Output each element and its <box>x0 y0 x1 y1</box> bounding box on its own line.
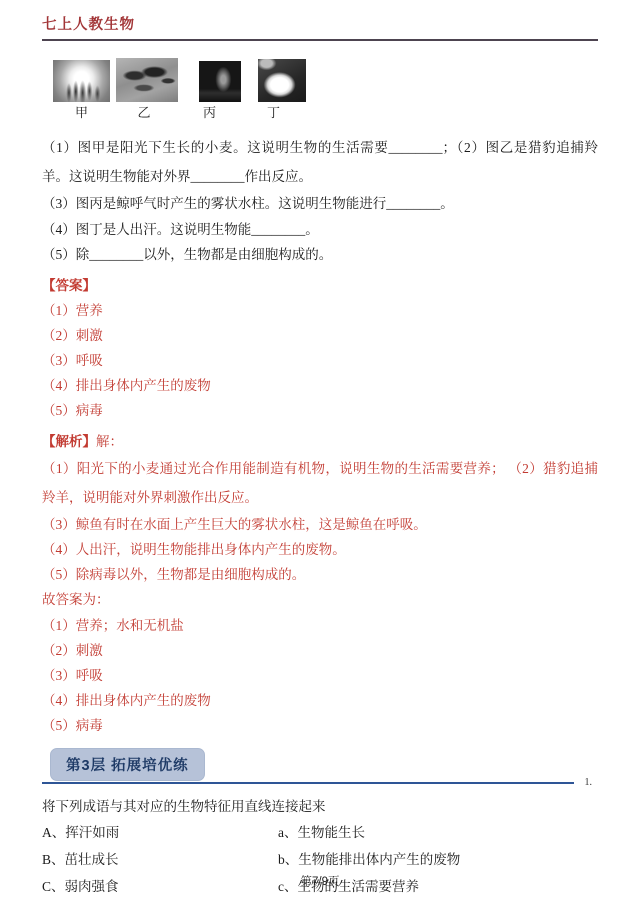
answer-item-2: （2）刺激 <box>42 323 598 348</box>
question-line-2: （3）图丙是鲸呼气时产生的雾状水柱。这说明生物能进行________。 <box>42 191 598 217</box>
section-question-number: 1. <box>585 777 593 788</box>
header-title: 七上人教生物 <box>42 17 135 33</box>
figure-ding: 丁 <box>241 59 306 121</box>
figure-jia: 甲 <box>53 60 110 121</box>
matching-right-b: b、生物能排出体内产生的废物 <box>278 846 598 873</box>
section-banner: 第3层 拓展培优练 1. <box>42 748 598 784</box>
analysis-item-1: （1）阳光下的小麦通过光合作用能制造有机物，说明生物的生活需要营养； （2）猎豹… <box>42 454 598 512</box>
analysis-conclusion-label: 故答案为： <box>42 587 598 612</box>
question-line-1: （1）图甲是阳光下生长的小麦。这说明生物的生活需要________；（2）图乙是… <box>42 133 598 191</box>
conclusion-item-3: （3）呼吸 <box>42 663 598 688</box>
human-sweating-image <box>258 59 306 102</box>
figure-bing-label: 丙 <box>203 105 216 121</box>
figure-jia-label: 甲 <box>75 105 88 121</box>
analysis-heading-label: 【解析】 <box>42 434 96 449</box>
answer-item-4: （4）排出身体内产生的废物 <box>42 373 598 398</box>
figure-bing: 丙 <box>178 61 241 121</box>
matching-prompt: 将下列成语与其对应的生物特征用直线连接起来 <box>42 795 598 819</box>
analysis-block: 【解析】解： （1）阳光下的小麦通过光合作用能制造有机物，说明生物的生活需要营养… <box>42 429 598 739</box>
analysis-heading: 【解析】解： <box>42 429 598 454</box>
answer-item-1: （1）营养 <box>42 298 598 323</box>
matching-row-1: A、挥汗如雨 a、生物能生长 <box>42 819 598 846</box>
analysis-item-2: （3）鲸鱼有时在水面上产生巨大的雾状水柱，这是鲸鱼在呼吸。 <box>42 512 598 537</box>
conclusion-item-2: （2）刺激 <box>42 638 598 663</box>
conclusion-item-5: （5）病毒 <box>42 713 598 738</box>
question-block: （1）图甲是阳光下生长的小麦。这说明生物的生活需要________；（2）图乙是… <box>42 133 598 268</box>
cheetah-chase-image <box>116 58 178 102</box>
analysis-heading-intro: 解： <box>96 434 123 449</box>
analysis-item-4: （5）除病毒以外，生物都是由细胞构成的。 <box>42 562 598 587</box>
answer-heading: 【答案】 <box>42 273 598 298</box>
answer-block: 【答案】 （1）营养 （2）刺激 （3）呼吸 （4）排出身体内产生的废物 （5）… <box>42 273 598 424</box>
figure-row: 甲 乙 丙 丁 <box>53 58 598 121</box>
matching-left-A: A、挥汗如雨 <box>42 819 278 846</box>
analysis-item-3: （4）人出汗，说明生物能排出身体内产生的废物。 <box>42 537 598 562</box>
section-badge: 第3层 拓展培优练 <box>50 748 205 781</box>
section-divider-line <box>42 782 574 784</box>
answer-item-3: （3）呼吸 <box>42 348 598 373</box>
wheat-sunlight-image <box>53 60 110 102</box>
question-line-4: （5）除________以外，生物都是由细胞构成的。 <box>42 242 598 268</box>
question-line-3: （4）图丁是人出汗。这说明生物能________。 <box>42 217 598 243</box>
conclusion-item-1: （1）营养；水和无机盐 <box>42 613 598 638</box>
answer-item-5: （5）病毒 <box>42 398 598 423</box>
figure-ding-label: 丁 <box>267 105 280 121</box>
whale-spout-image <box>199 61 241 102</box>
page-number-footer: 第7/9页 <box>0 873 640 889</box>
matching-left-B: B、茁壮成长 <box>42 846 278 873</box>
matching-right-a: a、生物能生长 <box>278 819 598 846</box>
document-page: 七上人教生物 甲 乙 丙 丁 （1）图甲是阳光下生长的小麦。这说明生物的生活需要… <box>0 0 640 905</box>
figure-yi-label: 乙 <box>137 105 150 121</box>
document-header: 七上人教生物 <box>42 0 598 41</box>
figure-yi: 乙 <box>110 58 178 121</box>
matching-row-2: B、茁壮成长 b、生物能排出体内产生的废物 <box>42 846 598 873</box>
conclusion-item-4: （4）排出身体内产生的废物 <box>42 688 598 713</box>
